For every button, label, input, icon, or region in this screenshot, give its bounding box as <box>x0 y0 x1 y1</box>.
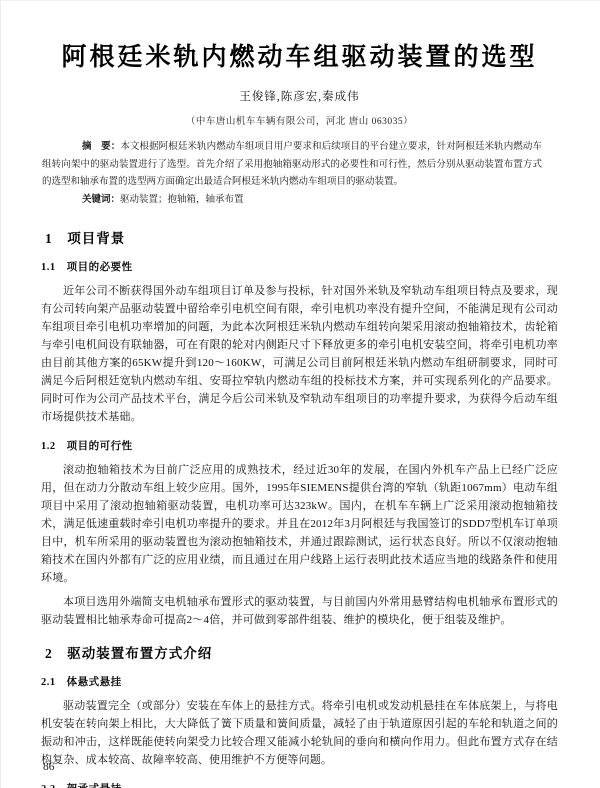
paragraph-1-2-b: 本项目选用外端简支电机轴承布置形式的驱动装置，与目前国内外常用悬臂结构电机轴承布… <box>41 593 558 629</box>
paragraph-2-1-a: 驱动装置完全（或部分）安装在车体上的悬挂方式。将牵引电机或发动机悬挂在车体底架上… <box>41 697 558 769</box>
paragraph-1-1-a: 近年公司不断获得国外动车组项目订单及参与投标，针对国外米轨及窄轨动车组项目特点及… <box>41 282 558 426</box>
section-2-2-heading: 2.2 架承式悬挂 <box>41 781 558 788</box>
keywords-text: 驱动装置；抱轴箱，轴承布置 <box>120 195 244 205</box>
abstract-paragraph: 摘 要：本文根据阿根廷米轨内燃动车组项目用户要求和后续项目的平台建立要求，针对阿… <box>42 139 542 192</box>
affiliation-line: （中车唐山机车车辆有限公司，河北 唐山 063035） <box>41 113 558 127</box>
page-number: 86 <box>43 761 55 773</box>
abstract-block: 摘 要：本文根据阿根廷米轨内燃动车组项目用户要求和后续项目的平台建立要求，针对阿… <box>42 139 542 209</box>
keywords-label: 关键词： <box>82 195 120 205</box>
authors-line: 王俊锋,陈彦宏,秦成伟 <box>41 88 558 104</box>
abstract-label: 摘 要： <box>82 142 120 152</box>
page-title: 阿根廷米轨内燃动车组驱动装置的选型 <box>41 43 558 73</box>
keywords-line: 关键词：驱动装置；抱轴箱，轴承布置 <box>42 192 542 210</box>
section-1-2-heading: 1.2 项目的可行性 <box>41 438 558 453</box>
section-2-1-heading: 2.1 体悬式悬挂 <box>41 674 558 689</box>
paragraph-1-2-a: 滚动抱轴箱技术为目前广泛应用的成熟技术，经过近30年的发展，在国内外机车产品上已… <box>41 461 558 587</box>
section-2-heading: 2 驱动装置布置方式介绍 <box>45 642 558 662</box>
section-1-heading: 1 项目背景 <box>45 227 558 247</box>
paper-page: 阿根廷米轨内燃动车组驱动装置的选型 王俊锋,陈彦宏,秦成伟 （中车唐山机车车辆有… <box>0 0 600 788</box>
section-1-1-heading: 1.1 项目的必要性 <box>41 259 558 274</box>
